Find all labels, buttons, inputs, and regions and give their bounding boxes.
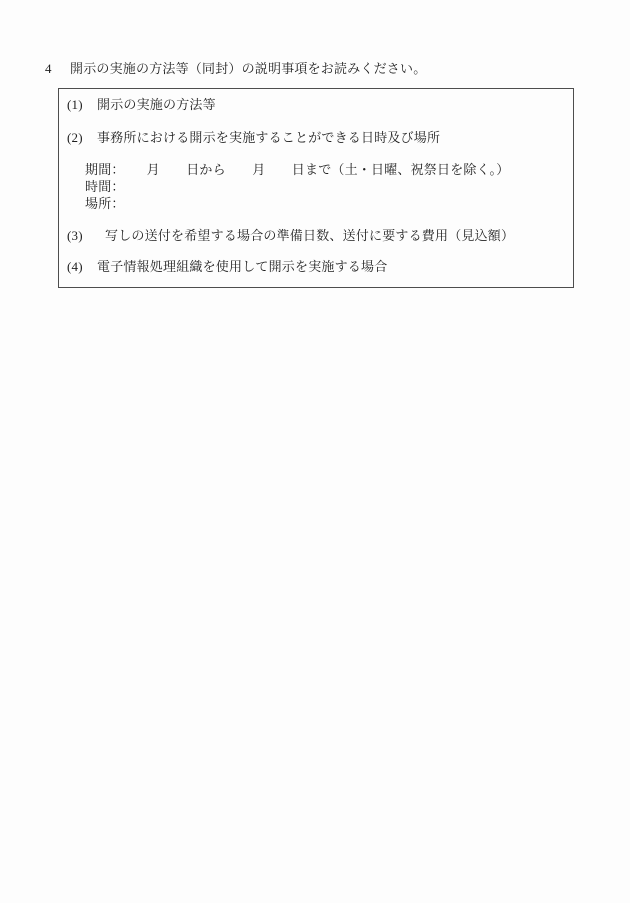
list-item-1: (1) 開示の実施の方法等 [67,97,567,112]
place-label: 場所： [85,195,125,212]
explanation-items-box: (1) 開示の実施の方法等 (2) 事務所における開示を実施することができる日時… [58,88,574,288]
schedule-period-line: 期間： 月 日から 月 日まで（土・日曜、祝祭日を除く。） [85,161,509,178]
item-marker: (1) [67,97,97,112]
item-text: 写しの送付を希望する場合の準備日数、送付に要する費用（見込額） [105,228,514,243]
schedule-place-line: 場所： [85,195,509,212]
item-text: 事務所における開示を実施することができる日時及び場所 [97,130,440,145]
item-text: 電子情報処理組織を使用して開示を実施する場合 [97,259,387,274]
list-item-3: (3) 写しの送付を希望する場合の準備日数、送付に要する費用（見込額） [67,228,567,243]
section-number: 4 [45,61,70,76]
item-marker: (3) [67,228,97,243]
item-marker: (4) [67,259,97,274]
schedule-time-line: 時間： [85,178,509,195]
list-item-4: (4) 電子情報処理組織を使用して開示を実施する場合 [67,259,567,274]
schedule-block: 期間： 月 日から 月 日まで（土・日曜、祝祭日を除く。） 時間： 場所： [85,161,509,212]
section-heading: 4 開示の実施の方法等（同封）の説明事項をお読みください。 [45,61,426,76]
period-value: 月 日から 月 日まで（土・日曜、祝祭日を除く。） [147,161,510,178]
period-label: 期間： [85,161,125,178]
item-marker: (2) [67,130,97,145]
list-item-2: (2) 事務所における開示を実施することができる日時及び場所 [67,130,567,145]
document-page: 4 開示の実施の方法等（同封）の説明事項をお読みください。 (1) 開示の実施の… [0,0,630,903]
section-heading-text: 開示の実施の方法等（同封）の説明事項をお読みください。 [70,61,426,76]
item-text: 開示の実施の方法等 [97,97,216,112]
time-label: 時間： [85,178,125,195]
